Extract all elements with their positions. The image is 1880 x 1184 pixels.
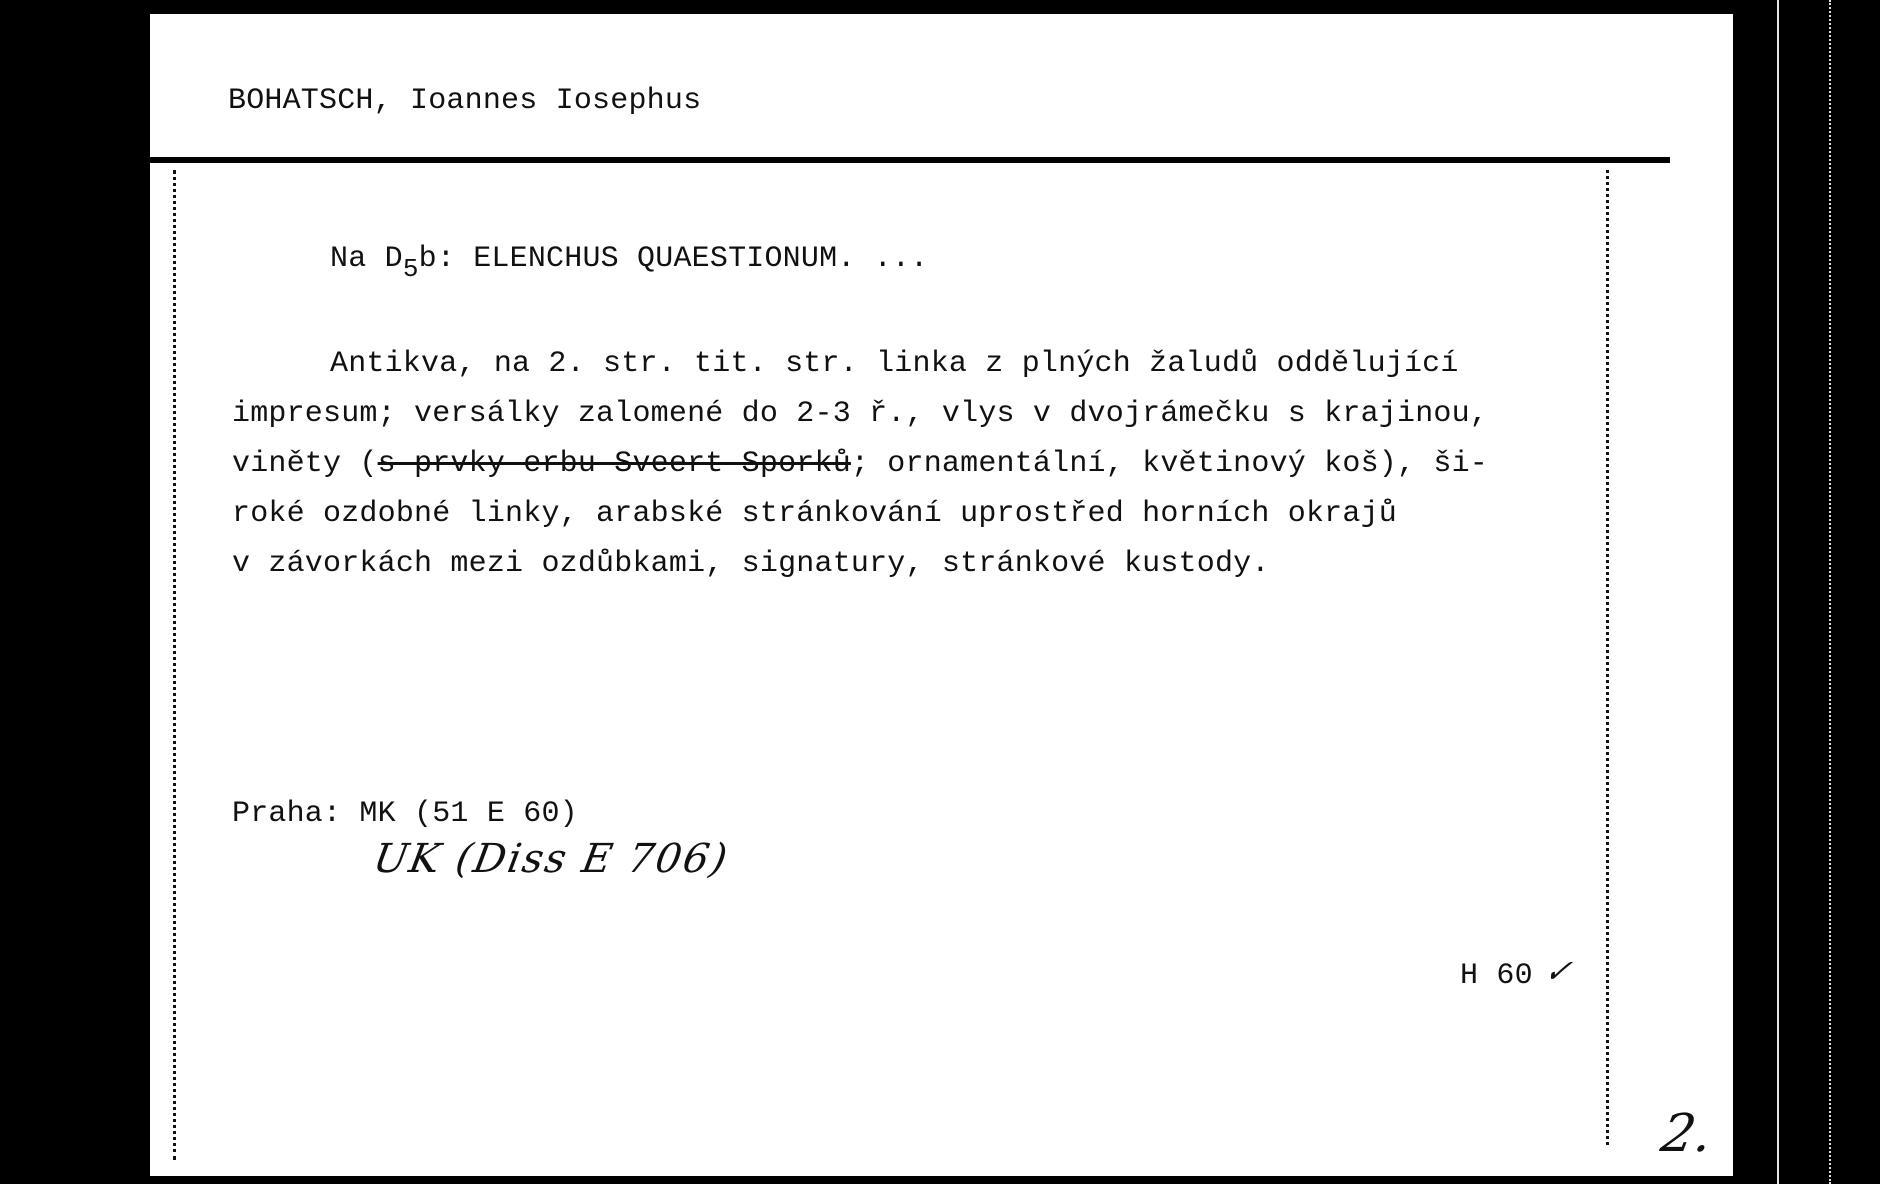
scan-border-dots [1829,0,1831,1184]
description-line-1: Antikva, na 2. str. tit. str. linka z pl… [330,347,1459,381]
right-dotted-margin [1606,170,1609,1145]
header-rule [150,157,1670,163]
shelfmark: H 60 [1460,959,1533,993]
handwritten-page-number: 2. [1657,1104,1717,1164]
catalog-card: BOHATSCH, Ioannes Iosephus Na D5b: ELENC… [150,14,1733,1176]
location-handwritten: UK (Diss E 706) [370,836,733,882]
incipit-line: Na D5b: ELENCHUS QUAESTIONUM. ... [330,242,928,284]
location-typed: Praha: MK (51 E 60) [232,797,578,831]
card-heading-author: BOHATSCH, Ioannes Iosephus [228,84,701,118]
incipit-subscript: 5 [403,254,419,284]
description-line-3: viněty (s prvky erbu Sveert-Sporků; orna… [232,447,1488,481]
incipit-prefix: Na D [330,242,403,276]
description-line-3-before: viněty ( [232,447,378,481]
description-line-2: impresum; versálky zalomené do 2-3 ř., v… [232,397,1488,431]
scan-border-line [1777,0,1779,1184]
struck-out-text: s prvky erbu Sveert-Sporků [378,447,851,481]
check-mark-icon: ✓ [1542,952,1576,990]
incipit-title: b: ELENCHUS QUAESTIONUM. ... [419,242,929,276]
description-line-3-after: ; ornamentální, květinový koš), ši- [851,447,1488,481]
left-dotted-margin [173,170,176,1160]
description-line-5: v závorkách mezi ozdůbkami, signatury, s… [232,547,1270,581]
description-line-4: roké ozdobné linky, arabské stránkování … [232,497,1397,531]
card-edge [1723,14,1733,1176]
